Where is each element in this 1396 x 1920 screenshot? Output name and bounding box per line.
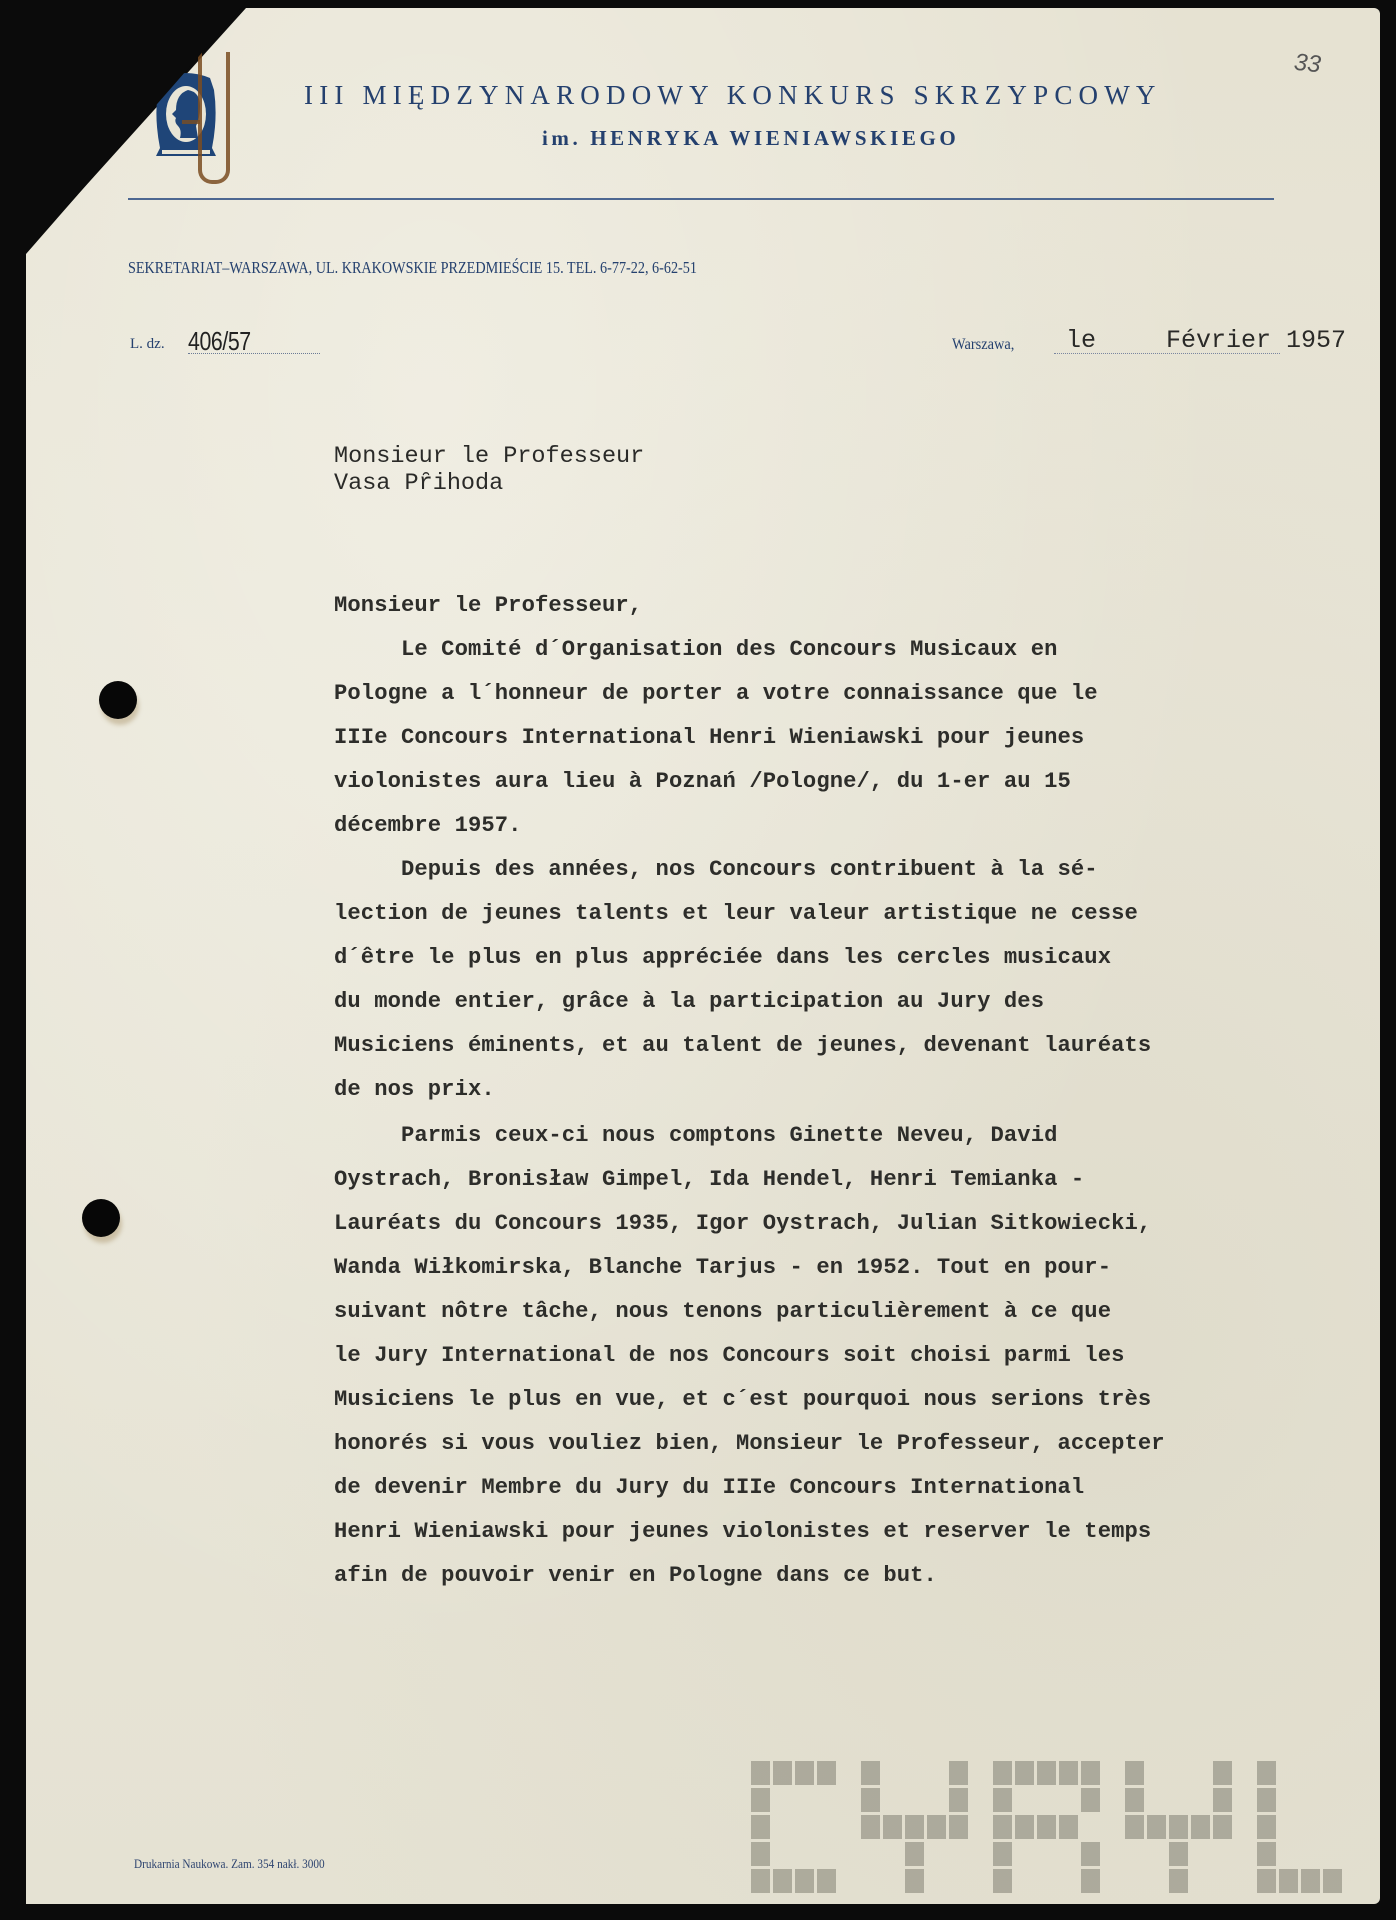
watermark-pixel [1213, 1761, 1232, 1785]
watermark-pixel [817, 1869, 836, 1893]
body-line: le Jury International de nos Concours so… [334, 1342, 1124, 1368]
body-line: afin de pouvoir venir en Pologne dans ce… [334, 1562, 937, 1588]
watermark-pixel [883, 1815, 902, 1839]
printer-imprint: Drukarnia Naukowa. Zam. 354 nakł. 3000 [134, 1857, 325, 1872]
watermark-pixel [993, 1815, 1012, 1839]
reference-label: L. dz. [130, 336, 165, 353]
watermark-pixel [1191, 1815, 1210, 1839]
watermark-pixel [1125, 1815, 1144, 1839]
watermark-pixel [949, 1788, 968, 1812]
watermark-pixel [861, 1788, 880, 1812]
body-line: Parmis ceux-ci nous comptons Ginette Nev… [401, 1122, 1058, 1148]
watermark-pixel [993, 1842, 1012, 1866]
watermark-pixel [1015, 1815, 1034, 1839]
body-line: Depuis des années, nos Concours contribu… [401, 856, 1098, 882]
watermark-pixel [751, 1788, 770, 1812]
body-line: Henri Wieniawski pour jeunes violonistes… [334, 1518, 1151, 1544]
watermark-pixel [1125, 1788, 1144, 1812]
watermark-pixel [795, 1869, 814, 1893]
watermark-pixel [1257, 1842, 1276, 1866]
watermark-pixel [861, 1815, 880, 1839]
body-line: IIIe Concours International Henri Wienia… [334, 724, 1084, 750]
body-line: Lauréats du Concours 1935, Igor Oystrach… [334, 1210, 1151, 1236]
body-line: Le Comité d´Organisation des Concours Mu… [401, 636, 1058, 662]
watermark-pixel [1301, 1869, 1320, 1893]
watermark-pixel [795, 1761, 814, 1785]
watermark-pixel [949, 1815, 968, 1839]
body-line: Pologne a l´honneur de porter a votre co… [334, 680, 1098, 706]
body-line: de devenir Membre du Jury du IIIe Concou… [334, 1474, 1084, 1500]
watermark-pixel [751, 1869, 770, 1893]
watermark-pixel [1257, 1815, 1276, 1839]
letterhead-divider [128, 198, 1274, 200]
reference-number: 406/57 [188, 326, 251, 357]
addressee-name: Vasa Pȓihoda [334, 470, 644, 497]
punch-hole [99, 681, 137, 719]
watermark-pixel [1081, 1842, 1100, 1866]
watermark-pixel [1147, 1815, 1166, 1839]
watermark-pixel [1081, 1788, 1100, 1812]
body-line: suivant nôtre tâche, nous tenons particu… [334, 1298, 1111, 1324]
body-line: lection de jeunes talents et leur valeur… [334, 900, 1138, 926]
body-line: Musiciens le plus en vue, et c´est pourq… [334, 1386, 1151, 1412]
watermark-pixel [1059, 1815, 1078, 1839]
body-line: violonistes aura lieu à Poznań /Pologne/… [334, 768, 1071, 794]
body-line: de nos prix. [334, 1076, 495, 1102]
watermark-pixel [1059, 1761, 1078, 1785]
watermark-pixel [927, 1815, 946, 1839]
letter-date: Février 1957 [1166, 326, 1346, 355]
body-line: honorés si vous vouliez bien, Monsieur l… [334, 1430, 1165, 1456]
city-label: Warszawa, [952, 336, 1014, 354]
watermark-pixel [861, 1761, 880, 1785]
body-line: Musiciens éminents, et au talent de jeun… [334, 1032, 1151, 1058]
body-line: d´être le plus en plus appréciée dans le… [334, 944, 1111, 970]
watermark-pixel [1037, 1815, 1056, 1839]
letterhead-address: SEKRETARIAT–WARSZAWA, UL. KRAKOWSKIE PRZ… [128, 258, 697, 278]
watermark-pixel [1257, 1761, 1276, 1785]
watermark-pixel [1169, 1842, 1188, 1866]
watermark-pixel [817, 1761, 836, 1785]
watermark-pixel [905, 1842, 924, 1866]
watermark-pixel [751, 1842, 770, 1866]
watermark-pixel [1257, 1788, 1276, 1812]
paperclip-wire [182, 120, 200, 124]
watermark-pixel [993, 1869, 1012, 1893]
watermark-pixel [905, 1815, 924, 1839]
letterhead-title: III MIĘDZYNARODOWY KONKURS SKRZYPCOWY [304, 80, 1162, 111]
watermark-pixel [949, 1761, 968, 1785]
body-line: du monde entier, grâce à la participatio… [334, 988, 1044, 1014]
watermark-pixel [773, 1761, 792, 1785]
watermark-pixel [993, 1788, 1012, 1812]
addressee-block: Monsieur le Professeur Vasa Pȓihoda [334, 443, 644, 497]
watermark-pixel [1169, 1815, 1188, 1839]
paperclip-icon [198, 52, 230, 184]
watermark-pixel [1323, 1869, 1342, 1893]
watermark-pixel [1169, 1869, 1188, 1893]
watermark-pixel [1213, 1815, 1232, 1839]
letterhead-subtitle: im. HENRYKA WIENIAWSKIEGO [542, 126, 959, 151]
watermark-pixel [751, 1815, 770, 1839]
punch-hole [82, 1199, 120, 1237]
watermark-pixel [993, 1761, 1012, 1785]
watermark-pixel [1279, 1869, 1298, 1893]
watermark-pixel [1015, 1761, 1034, 1785]
watermark-pixel [1037, 1761, 1056, 1785]
watermark-pixel [1081, 1869, 1100, 1893]
addressee-title: Monsieur le Professeur [334, 443, 644, 470]
watermark-pixel [1257, 1869, 1276, 1893]
watermark-pixel [1081, 1761, 1100, 1785]
watermark-pixel [905, 1869, 924, 1893]
watermark-pixel [773, 1869, 792, 1893]
watermark-pixel [751, 1761, 770, 1785]
watermark-pixel [1125, 1761, 1144, 1785]
watermark-pixel [1213, 1788, 1232, 1812]
body-line: Wanda Wiłkomirska, Blanche Tarjus - en 1… [334, 1254, 1111, 1280]
folio-number: 33 [1293, 49, 1322, 80]
date-prefix: le [1066, 326, 1096, 355]
body-line: Monsieur le Professeur, [334, 592, 642, 618]
body-line: décembre 1957. [334, 812, 522, 838]
body-line: Oystrach, Bronisław Gimpel, Ida Hendel, … [334, 1166, 1084, 1192]
